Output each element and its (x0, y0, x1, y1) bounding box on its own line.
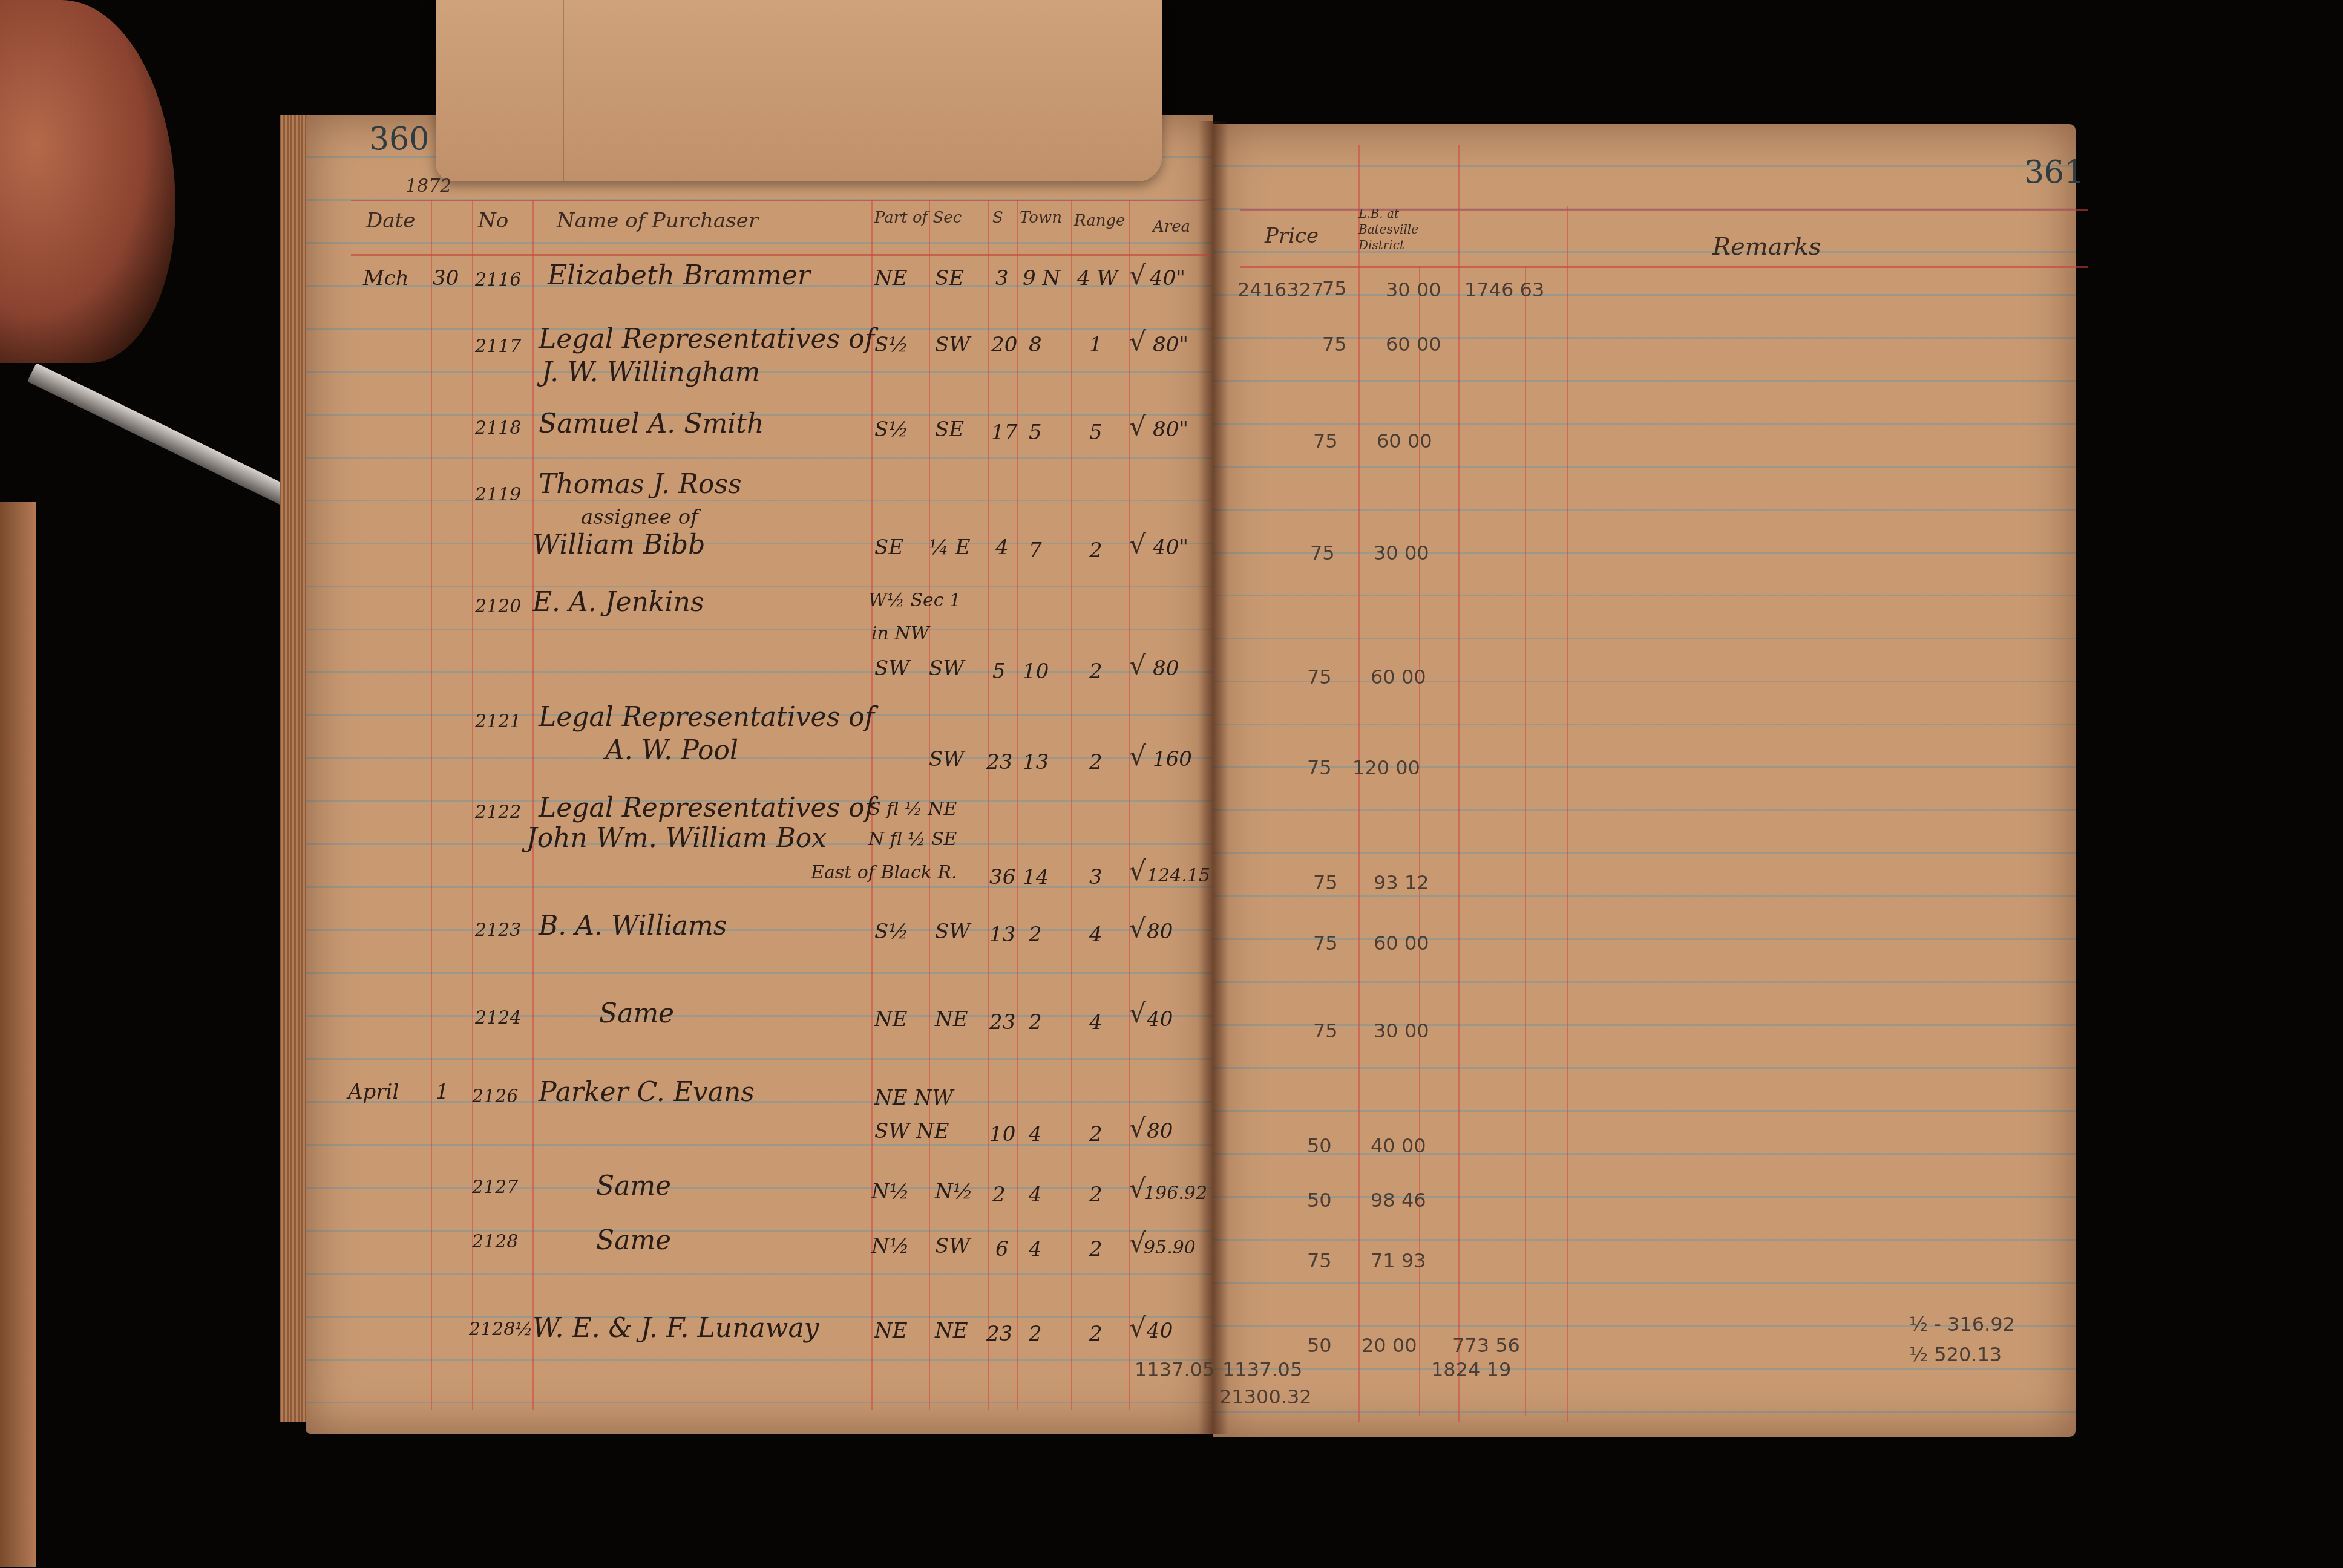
entry-area: 80" (1153, 417, 1188, 442)
entry-range: 3 (1089, 865, 1103, 889)
entry-month: Mch (363, 266, 409, 290)
entry-amount: 60 00 (1374, 932, 1429, 955)
check-mark-icon: √ (1129, 260, 1146, 291)
entry-amount: 30 00 (1386, 278, 1441, 301)
entry-price: 75 (1313, 871, 1338, 894)
entry-name: E. A. Jenkins (532, 587, 704, 618)
entry-extra: 773 56 (1452, 1334, 1520, 1357)
extra-total: 1824 19 (1431, 1358, 1511, 1381)
entry-town: 13 (1023, 750, 1049, 774)
entry-price: 75 (1307, 1249, 1332, 1272)
entry-name: B. A. Williams (539, 910, 727, 941)
entry-range: 2 (1089, 750, 1103, 774)
entry-part-line1: S fl ½ NE (868, 799, 957, 820)
entry-no: 2128½ (469, 1319, 532, 1340)
entry-area: 40" (1153, 535, 1188, 560)
entry-part-line2: N fl ½ SE (868, 829, 957, 850)
entry-price: 50 (1307, 1334, 1332, 1357)
entry-part: NE (874, 1319, 908, 1343)
entry-amount: 120 00 (1352, 756, 1420, 779)
col-line (988, 200, 989, 1410)
entry-town: 5 (1029, 420, 1042, 445)
entry-name: Thomas J. Ross (539, 469, 742, 500)
entry-part-line1: W½ Sec 1 (868, 590, 961, 611)
header-area: Area (1153, 218, 1190, 236)
entry-price: 75 (1313, 1019, 1338, 1042)
header-name: Name of Purchaser (557, 209, 758, 233)
col-line (472, 200, 473, 1410)
entry-no: 2122 (475, 802, 521, 823)
running-total: 21300.32 (1219, 1385, 1312, 1408)
entry-month: April (348, 1080, 399, 1104)
entry-price: 50 (1307, 1134, 1332, 1157)
entry-price: 75 (1313, 430, 1338, 452)
entry-area: 95.90 (1144, 1237, 1196, 1258)
header-date: Date (366, 209, 415, 233)
header-remarks: Remarks (1712, 233, 1821, 261)
entry-town: 7 (1029, 538, 1042, 563)
entry-name-line2: assignee of (581, 505, 698, 529)
col-line (431, 200, 432, 1410)
year-label: 1872 (405, 175, 451, 197)
entry-qtr: ¼ E (929, 535, 971, 560)
entry-range: 2 (1089, 1237, 1103, 1261)
check-mark-icon: √ (1129, 998, 1146, 1029)
col-line (1017, 200, 1018, 1410)
flap-rule (563, 0, 564, 181)
entry-no: 2126 (472, 1086, 518, 1107)
entry-area: 124.15 (1147, 865, 1210, 886)
entry-part-line2: in NW (871, 623, 929, 644)
entry-part-line1: NE NW (874, 1086, 953, 1110)
entry-name: Legal Representatives of (539, 792, 874, 823)
entry-no: 2120 (475, 596, 521, 617)
adjacent-book-edge (0, 502, 36, 1567)
entry-name-line3: William Bibb (532, 529, 705, 560)
entry-town: 4 (1029, 1122, 1042, 1146)
entry-no: 2127 (472, 1177, 518, 1198)
entry-name: W. E. & J. F. Lunaway (532, 1313, 819, 1344)
entry-no: 2121 (475, 711, 521, 732)
entry-part: N½ (871, 1180, 909, 1204)
entry-sec: 23 (986, 750, 1012, 774)
entry-qtr: SW (929, 747, 964, 771)
col-line (1358, 145, 1360, 1422)
entry-qtr: SW (929, 656, 964, 681)
entry-part: SE (874, 535, 903, 560)
entry-name-line2: John Wm. William Box (526, 823, 827, 854)
entry-no: 2117 (475, 336, 521, 357)
entry-sec: 5 (992, 659, 1006, 684)
entry-qtr: SW (935, 1234, 970, 1258)
entry-range: 1 (1089, 333, 1103, 357)
ledger-right-page (1213, 124, 2076, 1437)
entry-sec: 23 (989, 1010, 1015, 1034)
entry-sec: 23 (986, 1322, 1012, 1346)
entry-amount: 60 00 (1371, 665, 1426, 688)
entry-sec: 3 (995, 266, 1009, 290)
entry-qtr: SW (935, 333, 970, 357)
entry-qtr: SE (935, 266, 964, 290)
entry-town: 8 (1029, 333, 1042, 357)
entry-area: 80" (1153, 333, 1188, 357)
entry-range: 4 W (1077, 266, 1118, 290)
entry-amount: 60 00 (1377, 430, 1432, 452)
entry-part: S½ (874, 417, 908, 442)
entry-no: 2118 (475, 417, 521, 439)
remarks-line-1: ½ - 316.92 (1909, 1313, 2015, 1336)
entry-range: 4 (1089, 923, 1103, 947)
entry-town: 14 (1023, 865, 1049, 889)
entry-range: 2 (1089, 1322, 1103, 1346)
remarks-line-2: ½ 520.13 (1909, 1343, 2002, 1366)
entry-sec: 20 (991, 333, 1017, 357)
entry-amount: 30 00 (1374, 1019, 1429, 1042)
entry-qtr: N½ (935, 1180, 973, 1204)
header-town: Town (1020, 209, 1062, 227)
entry-name: Same (599, 998, 674, 1029)
entry-price: 75 (1310, 541, 1335, 564)
entry-name: Elizabeth Brammer (548, 260, 810, 291)
check-mark-icon: √ (1129, 856, 1146, 887)
entry-range: 4 (1089, 1010, 1103, 1034)
entry-no: 2119 (475, 484, 521, 505)
entry-area: 40" (1150, 266, 1185, 290)
header-rule-top-left (351, 200, 1210, 201)
page-number-right: 361 (2024, 154, 2084, 191)
entry-amount: 71 93 (1371, 1249, 1426, 1272)
entry-sec: 13 (989, 923, 1015, 947)
entry-name: Same (596, 1171, 671, 1201)
entry-name-line2: J. W. Willingham (542, 357, 760, 388)
entry-name: Legal Representatives of (539, 324, 874, 354)
entry-area: 160 (1153, 747, 1192, 771)
entry-part: S½ (874, 333, 908, 357)
entry-range: 2 (1089, 1122, 1103, 1146)
entry-price-note: 2416327 (1237, 278, 1324, 301)
entry-range: 2 (1089, 1183, 1103, 1207)
entry-town: 9 N (1023, 266, 1060, 290)
entry-no: 2124 (475, 1007, 521, 1028)
entry-sec: 17 (991, 420, 1017, 445)
entry-part: N½ (871, 1234, 909, 1258)
entry-part: NE (874, 266, 908, 290)
entry-amount: 93 12 (1374, 871, 1429, 894)
entry-name: Legal Representatives of (539, 702, 874, 733)
entry-area: 196.92 (1144, 1183, 1207, 1204)
entry-range: 2 (1089, 659, 1103, 684)
area-total: 1137.05 (1135, 1358, 1214, 1381)
check-mark-icon: √ (1129, 650, 1146, 681)
check-mark-icon: √ (1129, 1113, 1146, 1144)
check-mark-icon: √ (1129, 741, 1146, 772)
entry-area: 40 (1147, 1007, 1173, 1031)
header-price: Price (1265, 224, 1319, 248)
col-line (1458, 145, 1460, 1422)
entry-town: 10 (1023, 659, 1049, 684)
entry-name: Same (596, 1225, 671, 1256)
entry-part-line3: East of Black R. (811, 862, 957, 883)
entry-town: 2 (1029, 1322, 1042, 1346)
entry-qtr: SW (935, 920, 970, 944)
entry-name: Samuel A. Smith (539, 408, 764, 439)
entry-range: 2 (1089, 538, 1103, 563)
entry-no: 2128 (472, 1231, 518, 1252)
entry-no: 2123 (475, 920, 521, 941)
entry-town: 4 (1029, 1183, 1042, 1207)
entry-town: 2 (1029, 1010, 1042, 1034)
entry-name: Parker C. Evans (539, 1077, 755, 1108)
entry-price: 75 (1322, 333, 1347, 356)
entry-sec: 6 (995, 1237, 1009, 1261)
entry-sec: 2 (992, 1183, 1006, 1207)
entry-range: 5 (1089, 420, 1103, 445)
col-line (1567, 206, 1568, 1422)
entry-amount: 20 00 (1362, 1334, 1417, 1357)
entry-sec: 36 (989, 865, 1015, 889)
entry-price: 75 (1313, 932, 1338, 955)
entry-amount: 40 00 (1371, 1134, 1426, 1157)
entry-price: 75 (1307, 756, 1332, 779)
check-mark-icon: √ (1129, 1313, 1146, 1344)
entry-area: 80 (1147, 1119, 1173, 1143)
entry-qtr: SE (935, 417, 964, 442)
entry-no: 2116 (475, 269, 521, 290)
check-mark-icon: √ (1129, 529, 1146, 560)
entry-qtr: NE (935, 1007, 968, 1031)
entry-day: 30 (433, 266, 459, 290)
entry-amount: 60 00 (1386, 333, 1441, 356)
entry-part-line3: SW (874, 656, 909, 681)
entry-town: 4 (1029, 1237, 1042, 1261)
entry-part: NE (874, 1007, 908, 1031)
carried-area-total: 1137.05 (1222, 1358, 1302, 1381)
entry-day: 1 (436, 1080, 449, 1104)
entry-part: S½ (874, 920, 908, 944)
header-rule-bottom-right (1240, 266, 2088, 268)
entry-price: 50 (1307, 1189, 1332, 1212)
entry-qtr: NE (935, 1319, 968, 1343)
entry-area: 80 (1153, 656, 1179, 681)
check-mark-icon: √ (1129, 411, 1146, 442)
page-number-left: 360 (369, 121, 429, 157)
entry-name-line2: A. W. Pool (605, 735, 738, 766)
entry-area: 40 (1147, 1319, 1173, 1343)
check-mark-icon: √ (1129, 327, 1146, 358)
folded-page-flap[interactable] (436, 0, 1162, 181)
entry-town: 2 (1029, 923, 1042, 947)
check-mark-icon: √ (1129, 913, 1146, 944)
entry-price: 75 (1307, 665, 1332, 688)
header-sec: S (992, 209, 1003, 227)
hand (0, 0, 175, 363)
entry-area: 80 (1147, 920, 1173, 944)
ledger-left-page (306, 115, 1213, 1434)
entry-amount: 30 00 (1374, 541, 1429, 564)
entry-sec: 10 (989, 1122, 1015, 1146)
header-no: No (478, 209, 508, 233)
col-line (1071, 200, 1072, 1410)
entry-extra: 1746 63 (1464, 278, 1544, 301)
header-rule-bottom-left (351, 254, 1210, 256)
header-district: L.B. at Batesville District (1358, 206, 1455, 253)
col-line (532, 200, 534, 1410)
entry-part-line2: SW NE (874, 1119, 949, 1143)
entry-price: 75 (1322, 277, 1347, 300)
entry-sec: 4 (995, 535, 1009, 560)
entry-amount: 98 46 (1371, 1189, 1426, 1212)
ledger-gutter (1198, 121, 1228, 1434)
col-line (1525, 266, 1526, 1416)
header-range: Range (1074, 212, 1125, 230)
header-part-of-sec: Part of Sec (874, 209, 962, 227)
